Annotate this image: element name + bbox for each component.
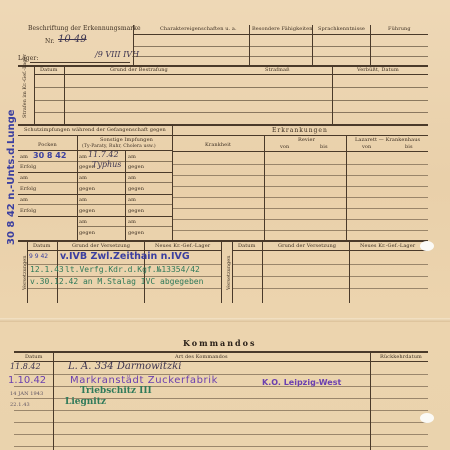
kommando-date-1: 11.8.42	[10, 362, 41, 371]
transfer-text-2: lt.Verfg.Kdr.d.Kgf.№13354/42	[65, 265, 200, 274]
divider	[133, 25, 134, 65]
punishments-side-label: Strafen im Kr.-Gef.-Lager	[22, 54, 28, 118]
other-date: 11.7.42	[88, 150, 119, 159]
kommando-text-3: Triebschitz III	[80, 386, 152, 396]
side-stamp: 30 8 42 n.-Unts.d.Lunge	[6, 109, 17, 245]
gegen-label: gegen	[128, 186, 144, 192]
section-rule	[18, 124, 428, 126]
am-label: am	[20, 197, 28, 203]
divider	[221, 241, 222, 303]
transfer-date-2: 12.1.43	[30, 265, 64, 274]
rule	[34, 87, 428, 88]
col-neues-lager: Neues Kr.-Gef.-Lager	[155, 243, 210, 249]
rule	[172, 135, 428, 136]
col-art: Art des Kommandos	[175, 354, 228, 360]
am-label: am	[128, 197, 136, 203]
rule	[172, 197, 428, 198]
von-label: von	[362, 144, 371, 150]
rule	[172, 186, 428, 187]
col-disease: Krankheit	[205, 142, 231, 148]
kommando-text-2: Markranstädt Zuckerfabrik	[70, 375, 218, 386]
rule	[34, 100, 428, 101]
rule	[18, 204, 172, 205]
col-pocken: Pocken	[38, 142, 57, 148]
col-datum: Datum	[33, 243, 50, 249]
kommando-date-4: 22.1.43	[10, 402, 30, 408]
divider	[370, 352, 371, 450]
col-grund: Grund der Bestrafung	[110, 67, 168, 73]
gegen-label: gegen	[128, 230, 144, 236]
languages-label: Sprachkenntnisse	[318, 26, 365, 32]
col-datum: Datum	[40, 67, 57, 73]
am-label: am	[79, 154, 87, 160]
conduct-label: Führung	[388, 26, 411, 32]
id-tag-label: Beschriftung der Erkennungsmarke	[28, 25, 141, 32]
divider	[249, 25, 250, 65]
col-rueckkehr: Rückkehrdatum	[380, 354, 422, 360]
erfolg-label: Erfolg	[20, 164, 36, 170]
col-datum: Datum	[25, 354, 42, 360]
kommando-date-2: 1.10.42	[8, 375, 46, 386]
rule	[172, 230, 428, 231]
rule	[133, 46, 428, 47]
bis-label: bis	[320, 144, 328, 150]
von-label: von	[280, 144, 289, 150]
am-label: am	[128, 154, 136, 160]
nr-label: Nr.	[45, 38, 55, 45]
rule	[14, 446, 428, 447]
col-strafmass: Strafmaß	[265, 67, 290, 73]
gegen-label: gegen	[128, 164, 144, 170]
rule	[172, 151, 428, 152]
nr-value: 10 49	[58, 34, 87, 45]
punch-hole	[420, 241, 434, 251]
fold-line	[0, 318, 450, 322]
kommando-date-3: 14 JAN 1943	[10, 391, 43, 397]
rule	[77, 226, 172, 227]
col-verbuesst: Verbüßt, Datum	[357, 67, 399, 73]
rule	[14, 422, 428, 423]
rule	[14, 386, 428, 387]
rule	[172, 219, 428, 220]
am-label: am	[128, 175, 136, 181]
bis-label: bis	[405, 144, 413, 150]
pow-record-card: Beschriftung der Erkennungsmarke Nr. 10 …	[0, 0, 450, 450]
am-label: am	[79, 219, 87, 225]
rule	[172, 164, 428, 165]
gegen-label: gegen	[79, 208, 95, 214]
illnesses-title: Erkrankungen	[272, 127, 328, 134]
rule	[18, 216, 172, 217]
punch-hole	[420, 413, 434, 423]
kommando-text-1: L. A. 334 Darmowitzki	[68, 361, 181, 372]
col-neues-lager: Neues Kr.-Gef.-Lager	[360, 243, 415, 249]
am-label: am	[20, 175, 28, 181]
rule	[14, 410, 428, 411]
kommando-text-4: Liegnitz	[65, 397, 106, 407]
divider	[172, 125, 173, 240]
rule	[232, 264, 428, 265]
transfer-text-3: v.30.12.42 an M.Stalag IVC abgegeben	[30, 277, 203, 286]
erfolg-label: Erfolg	[20, 208, 36, 214]
am-label: am	[20, 154, 28, 160]
pocken-date: 30 8 42	[33, 151, 66, 160]
rule	[133, 56, 428, 57]
col-lazarett: Lazarett — Krankenhaus	[355, 137, 420, 143]
kommando-extra-2: K.O. Leipzig-West	[262, 378, 341, 387]
rule	[18, 172, 172, 173]
rule	[18, 182, 172, 183]
transfer-date-1: 9 9 42	[29, 253, 48, 260]
other-against: Typhus	[92, 160, 121, 169]
col-grund: Grund der Versetzung	[278, 243, 336, 249]
rule	[232, 288, 428, 289]
vaccinations-title: Schutzimpfungen während der Gefangenscha…	[24, 127, 166, 133]
rule	[18, 135, 172, 136]
col-revier: Revier	[298, 137, 315, 143]
rule	[27, 288, 221, 289]
characteristics-label: Charaktereigenschaften u. a.	[160, 26, 237, 32]
am-label: am	[128, 219, 136, 225]
rule	[34, 74, 428, 75]
col-other-sub: (Ty-Paraty, Ruhr, Cholera usw.)	[82, 144, 156, 149]
am-label: am	[79, 175, 87, 181]
gegen-label: gegen	[79, 230, 95, 236]
rule	[18, 194, 172, 195]
erfolg-label: Erfolg	[20, 186, 36, 192]
rule	[34, 112, 428, 113]
divider	[370, 25, 371, 65]
rule	[172, 208, 428, 209]
rule	[232, 276, 428, 277]
gegen-label: gegen	[79, 186, 95, 192]
rule	[172, 175, 428, 176]
rule	[14, 434, 428, 435]
rule	[133, 34, 428, 35]
divider	[53, 352, 54, 450]
lager-underline	[30, 62, 130, 63]
am-label: am	[79, 197, 87, 203]
section-rule	[14, 351, 428, 353]
col-other: Sonstige Impfungen	[100, 137, 153, 143]
kommandos-title: Kommandos	[183, 338, 256, 348]
col-grund: Grund der Versetzung	[72, 243, 130, 249]
col-datum: Datum	[238, 243, 255, 249]
transfer-text-1: v.IVB Zwl.Zeithain n.IVG	[60, 251, 190, 262]
gegen-label: gegen	[128, 208, 144, 214]
section-rule	[18, 240, 428, 242]
abilities-label: Besondere Fähigkeiten	[252, 26, 313, 32]
rule	[232, 250, 428, 251]
